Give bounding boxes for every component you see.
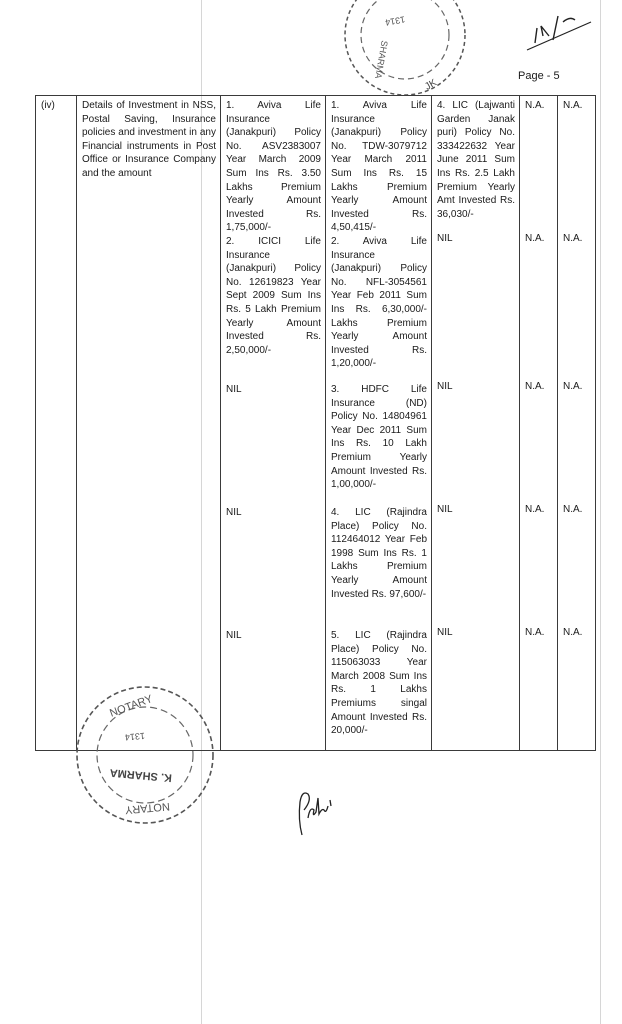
svg-text:1314: 1314: [384, 14, 405, 27]
table-entry: 1. Aviva Life Insurance (Janakpuri) Poli…: [226, 99, 321, 235]
table-entry: N.A.: [563, 232, 591, 380]
table-entry: N.A.: [525, 626, 553, 747]
svg-text:NOTARY: NOTARY: [108, 693, 155, 720]
table-entry: N.A.: [563, 99, 591, 232]
table-entry: NIL: [437, 380, 515, 503]
table-entry: N.A.: [525, 232, 553, 380]
table-entry: 5. LIC (Rajindra Place) Policy No. 11506…: [331, 629, 427, 750]
page-number-label: Page - 5: [518, 70, 560, 82]
table-entry: 2. ICICI Life Insurance (Janakpuri) Poli…: [226, 235, 321, 383]
table-entry: N.A.: [563, 503, 591, 626]
handwritten-page-mark-icon: [525, 8, 595, 53]
table-entry: 4. LIC (Lajwanti Garden Janak puri) Poli…: [437, 99, 515, 232]
notary-stamp-icon: NOTARY 1314 K. SHARMA NOTARY: [70, 680, 220, 830]
description-cell: Details of Investment in NSS, Postal Sav…: [77, 96, 221, 751]
svg-text:SHARMA: SHARMA: [373, 40, 390, 80]
table-entry: 3. HDFC Life Insurance (ND) Policy No. 1…: [331, 383, 427, 506]
table-entry: NIL: [437, 232, 515, 380]
serial-number-cell: (iv): [36, 96, 77, 751]
serial-number: (iv): [41, 100, 55, 111]
dependent2-investments-cell: N.A. N.A. N.A. N.A. N.A.: [520, 96, 558, 751]
signature-icon: [288, 780, 338, 840]
table-entry: N.A.: [525, 503, 553, 626]
svg-text:NOTARY: NOTARY: [124, 800, 170, 816]
table-entry: N.A.: [563, 380, 591, 503]
dependent3-investments-cell: N.A. N.A. N.A. N.A. N.A.: [558, 96, 596, 751]
svg-text:JK: JK: [423, 77, 439, 93]
investment-details-table: (iv) Details of Investment in NSS, Posta…: [35, 95, 596, 751]
svg-text:1314: 1314: [124, 731, 145, 743]
table-entry: NIL: [226, 506, 321, 629]
table-entry: N.A.: [525, 99, 553, 232]
table-entry: 4. LIC (Rajindra Place) Policy No. 11246…: [331, 506, 427, 629]
description-text: Details of Investment in NSS, Postal Sav…: [82, 100, 216, 179]
table-entry: NIL: [437, 503, 515, 626]
table-entry: NIL: [226, 629, 321, 750]
table-entry: 2. Aviva Life Insurance (Janakpuri) Poli…: [331, 235, 427, 383]
scan-artifact-line: [600, 0, 601, 1024]
table-entry: N.A.: [563, 626, 591, 747]
self-investments-cell: 1. Aviva Life Insurance (Janakpuri) Poli…: [221, 96, 326, 751]
notary-stamp-icon: 1314 SHARMA JK: [340, 0, 470, 100]
dependent-investments-cell: 4. LIC (Lajwanti Garden Janak puri) Poli…: [432, 96, 520, 751]
table-entry: NIL: [226, 383, 321, 506]
table-entry: 1. Aviva Life Insurance (Janakpuri) Poli…: [331, 99, 427, 235]
spouse-investments-cell: 1. Aviva Life Insurance (Janakpuri) Poli…: [326, 96, 432, 751]
table-entry: NIL: [437, 626, 515, 747]
svg-text:K. SHARMA: K. SHARMA: [109, 766, 172, 783]
table-entry: N.A.: [525, 380, 553, 503]
